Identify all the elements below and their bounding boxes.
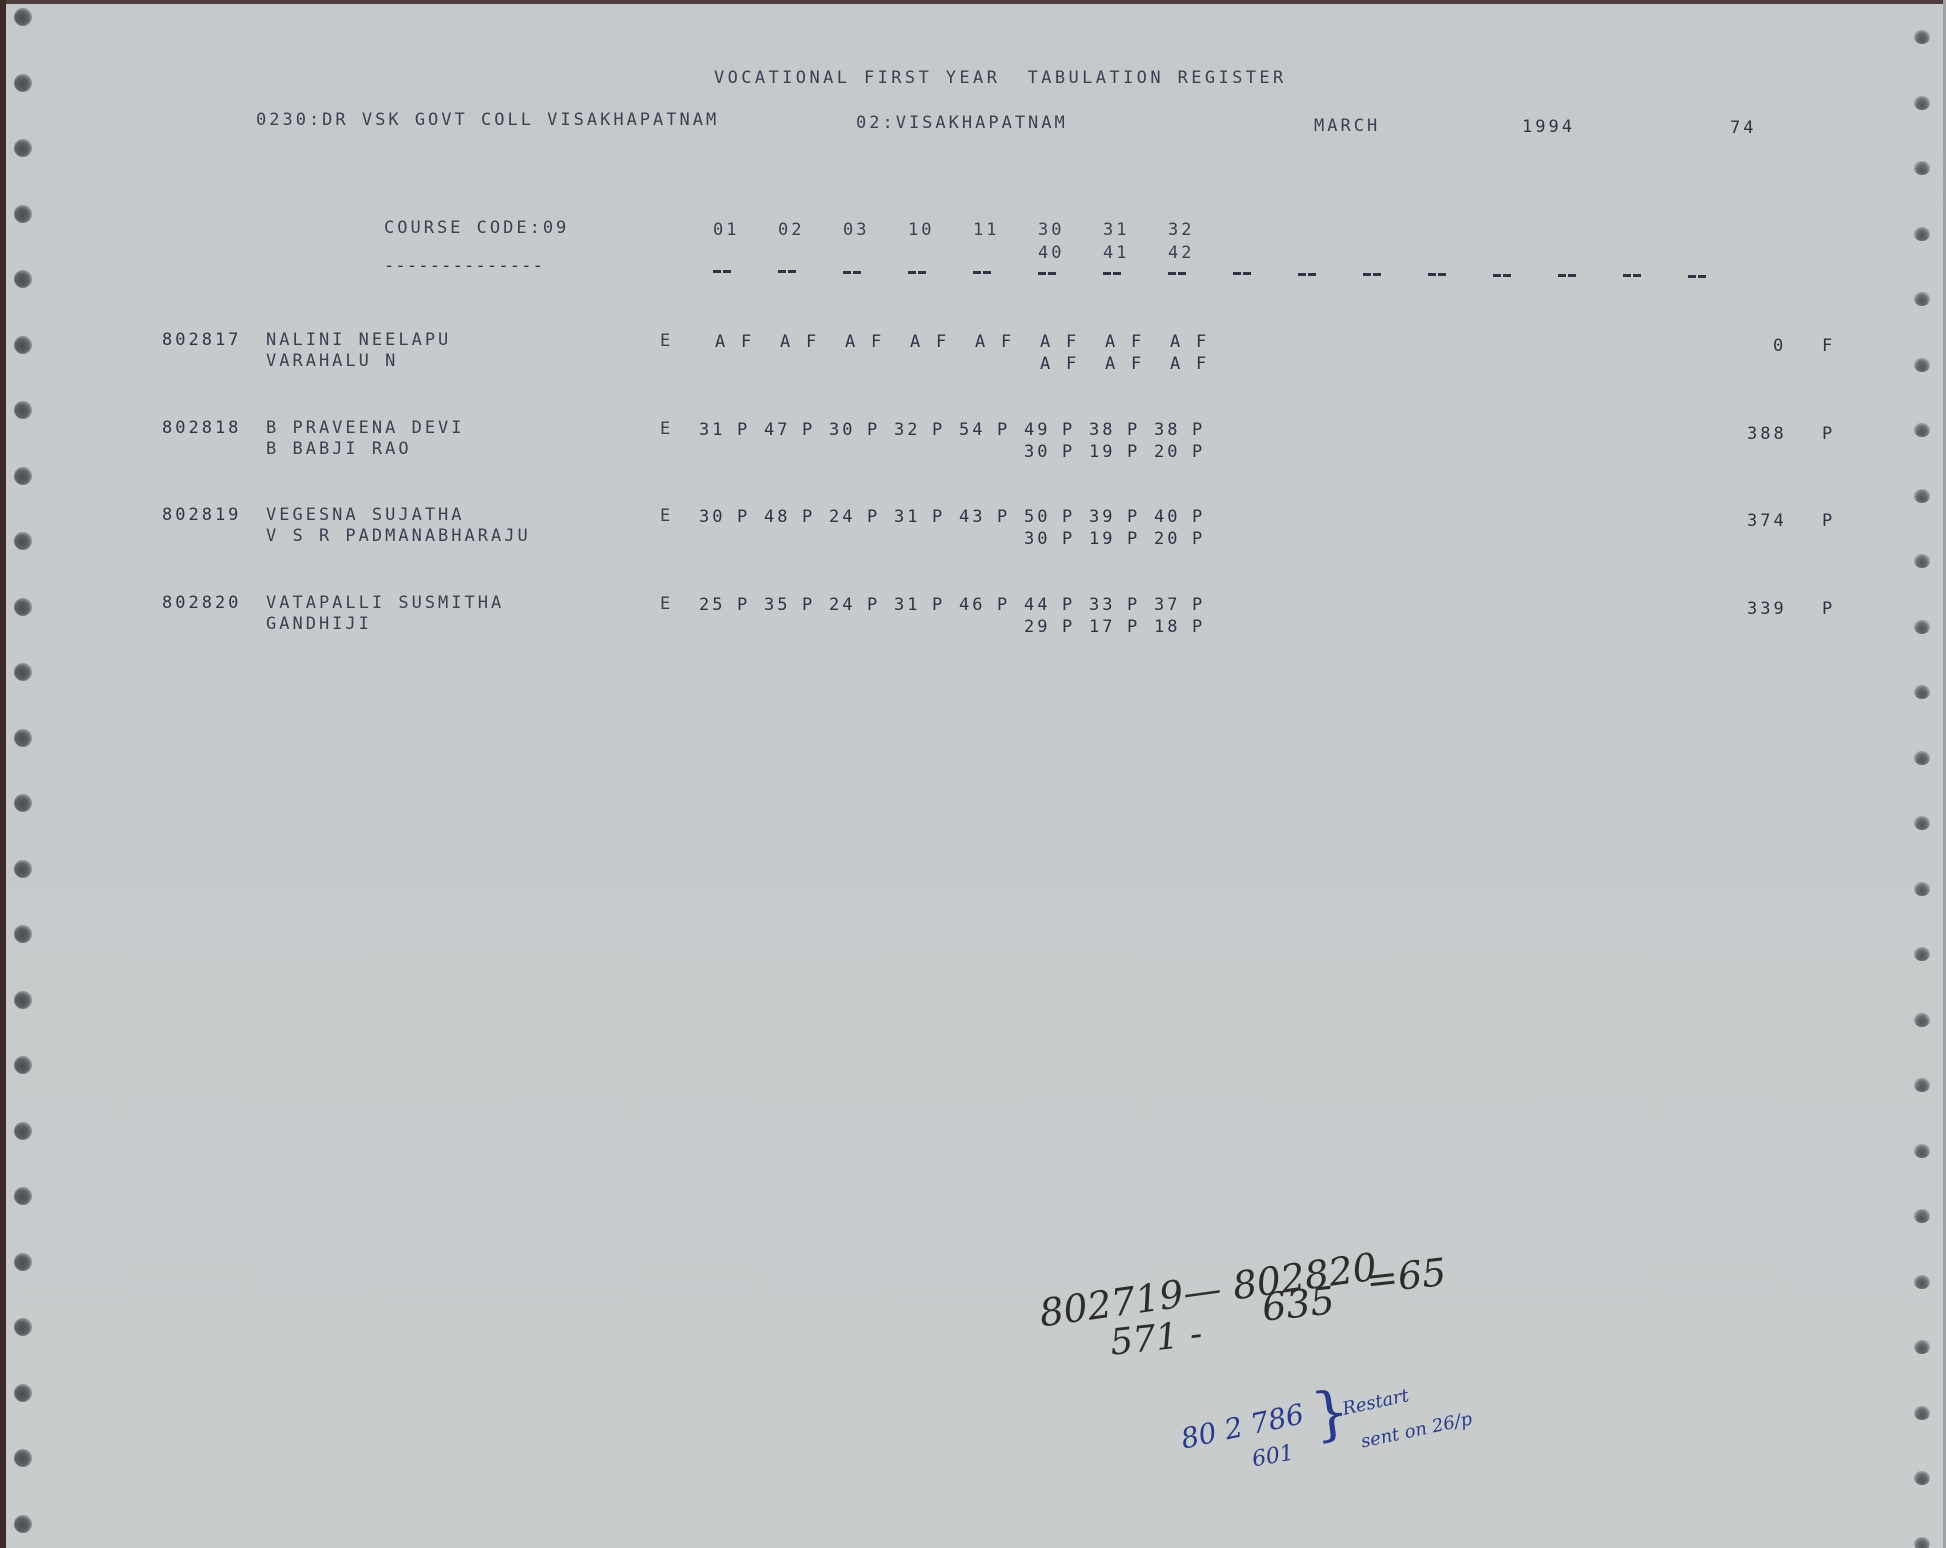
column-dash — [973, 271, 991, 274]
sprocket-hole — [1914, 1340, 1930, 1354]
result-status: P — [1822, 424, 1835, 444]
subject-status: P — [802, 595, 815, 615]
result-status: F — [1822, 336, 1835, 356]
subject-status: P — [997, 507, 1010, 527]
medium-code: E — [660, 331, 673, 351]
result-status: P — [1822, 599, 1835, 619]
subject-mark: 48 — [764, 507, 790, 527]
subject-mark: 38 — [1089, 420, 1115, 440]
subject-mark: 30 — [1024, 529, 1050, 549]
hall-ticket-number: 802818 — [162, 418, 241, 438]
total-marks: 388 — [1747, 424, 1787, 444]
subject-mark: 49 — [1024, 420, 1050, 440]
subject-code: 02 — [778, 220, 804, 240]
subject-mark: 20 — [1154, 442, 1180, 462]
subject-status: P — [1127, 595, 1140, 615]
subject-status: P — [737, 507, 750, 527]
parent-name: V S R PADMANABHARAJU — [266, 526, 531, 546]
student-name: NALINI NEELAPU — [266, 330, 451, 350]
subject-status: P — [1062, 529, 1075, 549]
subject-mark: 54 — [959, 420, 985, 440]
subject-mark: 46 — [959, 595, 985, 615]
student-name: B PRAVEENA DEVI — [266, 418, 465, 438]
subject-mark: A — [1105, 354, 1118, 374]
subject-mark: 32 — [894, 420, 920, 440]
subject-status: P — [932, 420, 945, 440]
subject-code-secondary: 41 — [1103, 243, 1129, 263]
subject-status: F — [1001, 332, 1014, 352]
result-status: P — [1822, 511, 1835, 531]
column-dash — [1493, 274, 1511, 277]
subject-mark: 30 — [829, 420, 855, 440]
student-name: VEGESNA SUJATHA — [266, 505, 465, 525]
sprocket-hole — [1914, 1471, 1930, 1485]
hall-ticket-number: 802820 — [162, 593, 241, 613]
column-dash — [1428, 273, 1446, 276]
subject-status: P — [932, 595, 945, 615]
subject-status: P — [802, 420, 815, 440]
subject-status: P — [1192, 617, 1205, 637]
subject-code-secondary: 42 — [1168, 243, 1194, 263]
subject-status: P — [1192, 442, 1205, 462]
sprocket-hole — [1914, 1209, 1930, 1223]
subject-status: P — [997, 595, 1010, 615]
subject-mark: 24 — [829, 507, 855, 527]
subject-mark: 38 — [1154, 420, 1180, 440]
sprocket-hole — [1914, 1537, 1930, 1548]
column-dash — [1363, 273, 1381, 276]
total-marks: 339 — [1747, 599, 1787, 619]
sprocket-hole — [1914, 227, 1930, 241]
sprocket-hole — [1914, 882, 1930, 896]
subject-mark: A — [1040, 354, 1053, 374]
subject-mark: 47 — [764, 420, 790, 440]
subject-mark: A — [1105, 332, 1118, 352]
subject-status: F — [806, 332, 819, 352]
total-marks: 374 — [1747, 511, 1787, 531]
column-dash — [1688, 275, 1706, 278]
subject-status: P — [1192, 529, 1205, 549]
subject-status: P — [1127, 507, 1140, 527]
sprocket-hole — [1914, 1078, 1930, 1092]
sprocket-hole — [1914, 30, 1930, 44]
course-code-underline: -------------- — [384, 256, 544, 276]
college-name: 0230:DR VSK GOVT COLL VISAKHAPATNAM — [256, 110, 719, 130]
column-dash — [713, 270, 731, 273]
parent-name: B BABJI RAO — [266, 439, 412, 459]
right-sprocket-holes — [0, 0, 30, 1548]
medium-code: E — [660, 594, 673, 614]
subject-mark: 37 — [1154, 595, 1180, 615]
hall-ticket-number: 802817 — [162, 330, 241, 350]
subject-mark: A — [975, 332, 988, 352]
sprocket-hole — [1914, 1144, 1930, 1158]
subject-status: P — [867, 507, 880, 527]
subject-status: P — [1192, 507, 1205, 527]
subject-mark: 24 — [829, 595, 855, 615]
sprocket-hole — [1914, 751, 1930, 765]
subject-status: P — [1192, 595, 1205, 615]
total-marks: 0 — [1773, 336, 1786, 356]
column-dash — [1103, 272, 1121, 275]
subject-code-secondary: 40 — [1038, 243, 1064, 263]
subject-status: P — [1127, 442, 1140, 462]
sprocket-hole — [1914, 423, 1930, 437]
subject-mark: 50 — [1024, 507, 1050, 527]
subject-code: 11 — [973, 220, 999, 240]
column-dash — [908, 271, 926, 274]
subject-code: 30 — [1038, 220, 1064, 240]
subject-mark: A — [715, 332, 728, 352]
page-number: 74 — [1730, 118, 1756, 138]
subject-code: 32 — [1168, 220, 1194, 240]
subject-mark: 19 — [1089, 529, 1115, 549]
parent-name: GANDHIJI — [266, 614, 372, 634]
pencil-note-result: =65 — [1364, 1250, 1448, 1302]
subject-mark: 30 — [699, 507, 725, 527]
subject-mark: 17 — [1089, 617, 1115, 637]
subject-code: 10 — [908, 220, 934, 240]
subject-mark: A — [1040, 332, 1053, 352]
subject-mark: 33 — [1089, 595, 1115, 615]
column-dash — [1298, 273, 1316, 276]
subject-status: P — [1062, 507, 1075, 527]
subject-status: F — [936, 332, 949, 352]
subject-status: F — [1131, 354, 1144, 374]
subject-status: P — [1062, 617, 1075, 637]
subject-status: P — [737, 595, 750, 615]
subject-mark: 18 — [1154, 617, 1180, 637]
subject-mark: 35 — [764, 595, 790, 615]
column-dash — [1558, 274, 1576, 277]
subject-mark: 40 — [1154, 507, 1180, 527]
pencil-note-end: 635 — [1260, 1278, 1337, 1329]
subject-mark: A — [780, 332, 793, 352]
subject-status: P — [802, 507, 815, 527]
sprocket-hole — [1914, 620, 1930, 634]
sprocket-hole — [1914, 489, 1930, 503]
subject-mark: 31 — [699, 420, 725, 440]
subject-mark: 29 — [1024, 617, 1050, 637]
subject-status: P — [1127, 529, 1140, 549]
subject-code: 31 — [1103, 220, 1129, 240]
subject-mark: 43 — [959, 507, 985, 527]
sprocket-hole — [1914, 96, 1930, 110]
sprocket-hole — [1914, 554, 1930, 568]
subject-status: P — [932, 507, 945, 527]
subject-status: F — [1066, 332, 1079, 352]
subject-status: P — [997, 420, 1010, 440]
sprocket-hole — [1914, 1406, 1930, 1420]
sprocket-hole — [1914, 685, 1930, 699]
subject-mark: 19 — [1089, 442, 1115, 462]
subject-status: P — [867, 595, 880, 615]
subject-mark: A — [845, 332, 858, 352]
subject-status: F — [1196, 354, 1209, 374]
subject-status: F — [871, 332, 884, 352]
subject-status: P — [1192, 420, 1205, 440]
subject-status: P — [1062, 442, 1075, 462]
parent-name: VARAHALU N — [266, 351, 398, 371]
subject-status: P — [867, 420, 880, 440]
subject-mark: 39 — [1089, 507, 1115, 527]
subject-code: 03 — [843, 220, 869, 240]
subject-status: P — [1127, 617, 1140, 637]
sprocket-hole — [1914, 292, 1930, 306]
exam-month: MARCH — [1314, 116, 1380, 136]
subject-status: P — [1127, 420, 1140, 440]
subject-mark: 31 — [894, 507, 920, 527]
column-dash — [778, 270, 796, 273]
subject-mark: A — [1170, 332, 1183, 352]
exam-year: 1994 — [1522, 117, 1575, 137]
sprocket-hole — [1914, 1013, 1930, 1027]
subject-status: F — [741, 332, 754, 352]
sprocket-hole — [1914, 161, 1930, 175]
subject-mark: A — [910, 332, 923, 352]
subject-mark: 31 — [894, 595, 920, 615]
column-dash — [843, 271, 861, 274]
subject-code: 01 — [713, 220, 739, 240]
subject-status: F — [1196, 332, 1209, 352]
subject-status: P — [737, 420, 750, 440]
sprocket-hole — [1914, 358, 1930, 372]
subject-status: F — [1131, 332, 1144, 352]
subject-mark: 20 — [1154, 529, 1180, 549]
subject-mark: 30 — [1024, 442, 1050, 462]
sprocket-hole — [1914, 947, 1930, 961]
column-dash — [1168, 272, 1186, 275]
medium-code: E — [660, 419, 673, 439]
subject-mark: A — [1170, 354, 1183, 374]
subject-mark: 25 — [699, 595, 725, 615]
medium-code: E — [660, 506, 673, 526]
subject-status: P — [1062, 595, 1075, 615]
column-dash — [1623, 274, 1641, 277]
hall-ticket-number: 802819 — [162, 505, 241, 525]
student-name: VATAPALLI SUSMITHA — [266, 593, 504, 613]
column-dash — [1233, 272, 1251, 275]
subject-status: P — [1062, 420, 1075, 440]
subject-mark: 44 — [1024, 595, 1050, 615]
register-title: VOCATIONAL FIRST YEAR TABULATION REGISTE… — [714, 68, 1287, 88]
course-code-label: COURSE CODE:09 — [384, 218, 569, 238]
subject-status: F — [1066, 354, 1079, 374]
sprocket-hole — [1914, 816, 1930, 830]
district-name: 02:VISAKHAPATNAM — [856, 113, 1068, 133]
sprocket-hole — [1914, 1275, 1930, 1289]
column-dash — [1038, 272, 1056, 275]
sheet-top-edge — [0, 0, 1946, 4]
